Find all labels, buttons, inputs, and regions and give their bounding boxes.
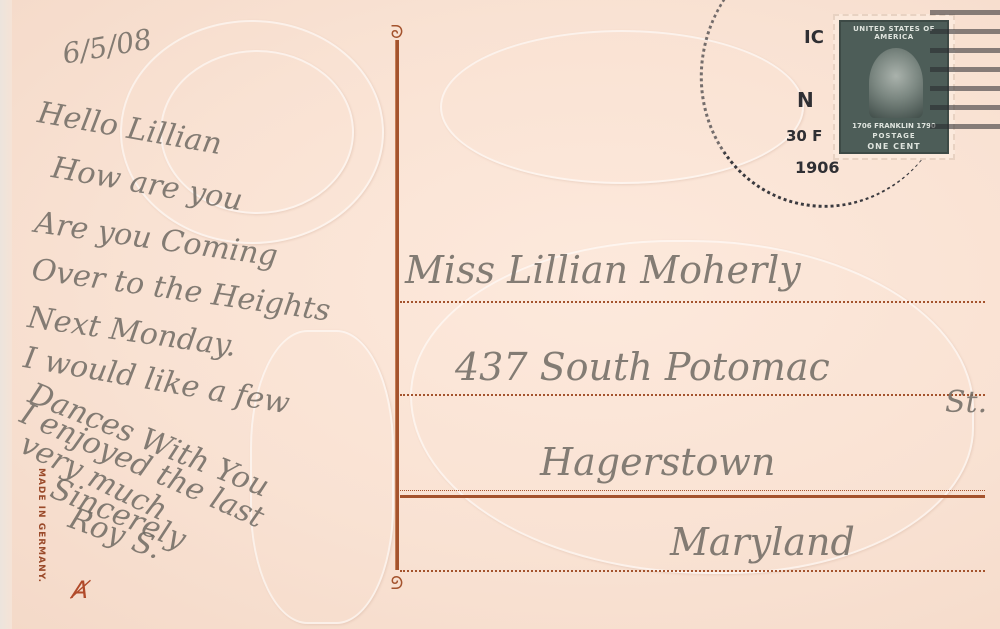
address-rule [400,490,985,491]
card-edge [0,0,12,629]
address-rule [400,394,985,396]
made-in-germany-imprint: MADE IN GERMANY. [36,468,46,583]
cancellation-bars [930,10,1000,160]
postmark-state: N [797,88,814,112]
message-date: 6/5/08 [60,22,154,70]
center-divider [395,40,399,570]
street-suffix: St. [945,385,987,420]
city: Hagerstown [540,440,775,484]
publisher-logo-icon: Ⱥ [68,576,92,604]
state: Maryland [670,520,855,564]
postmark-city: IC [804,27,824,48]
postmark-day: 30 F [786,127,822,145]
street-address: 437 South Potomac [455,345,830,389]
postmark-year: 1906 [795,158,840,177]
postcard-back: 6/5/08 Hello Lillian How are you Are you… [0,0,1000,629]
franklin-portrait-icon [869,48,923,118]
address-rule [400,301,985,303]
divider-curl-icon: ᘐ [386,574,408,588]
address-rule [400,570,985,572]
recipient-name: Miss Lillian Moherly [405,248,801,292]
divider-curl-icon: ᘐ [386,26,408,40]
